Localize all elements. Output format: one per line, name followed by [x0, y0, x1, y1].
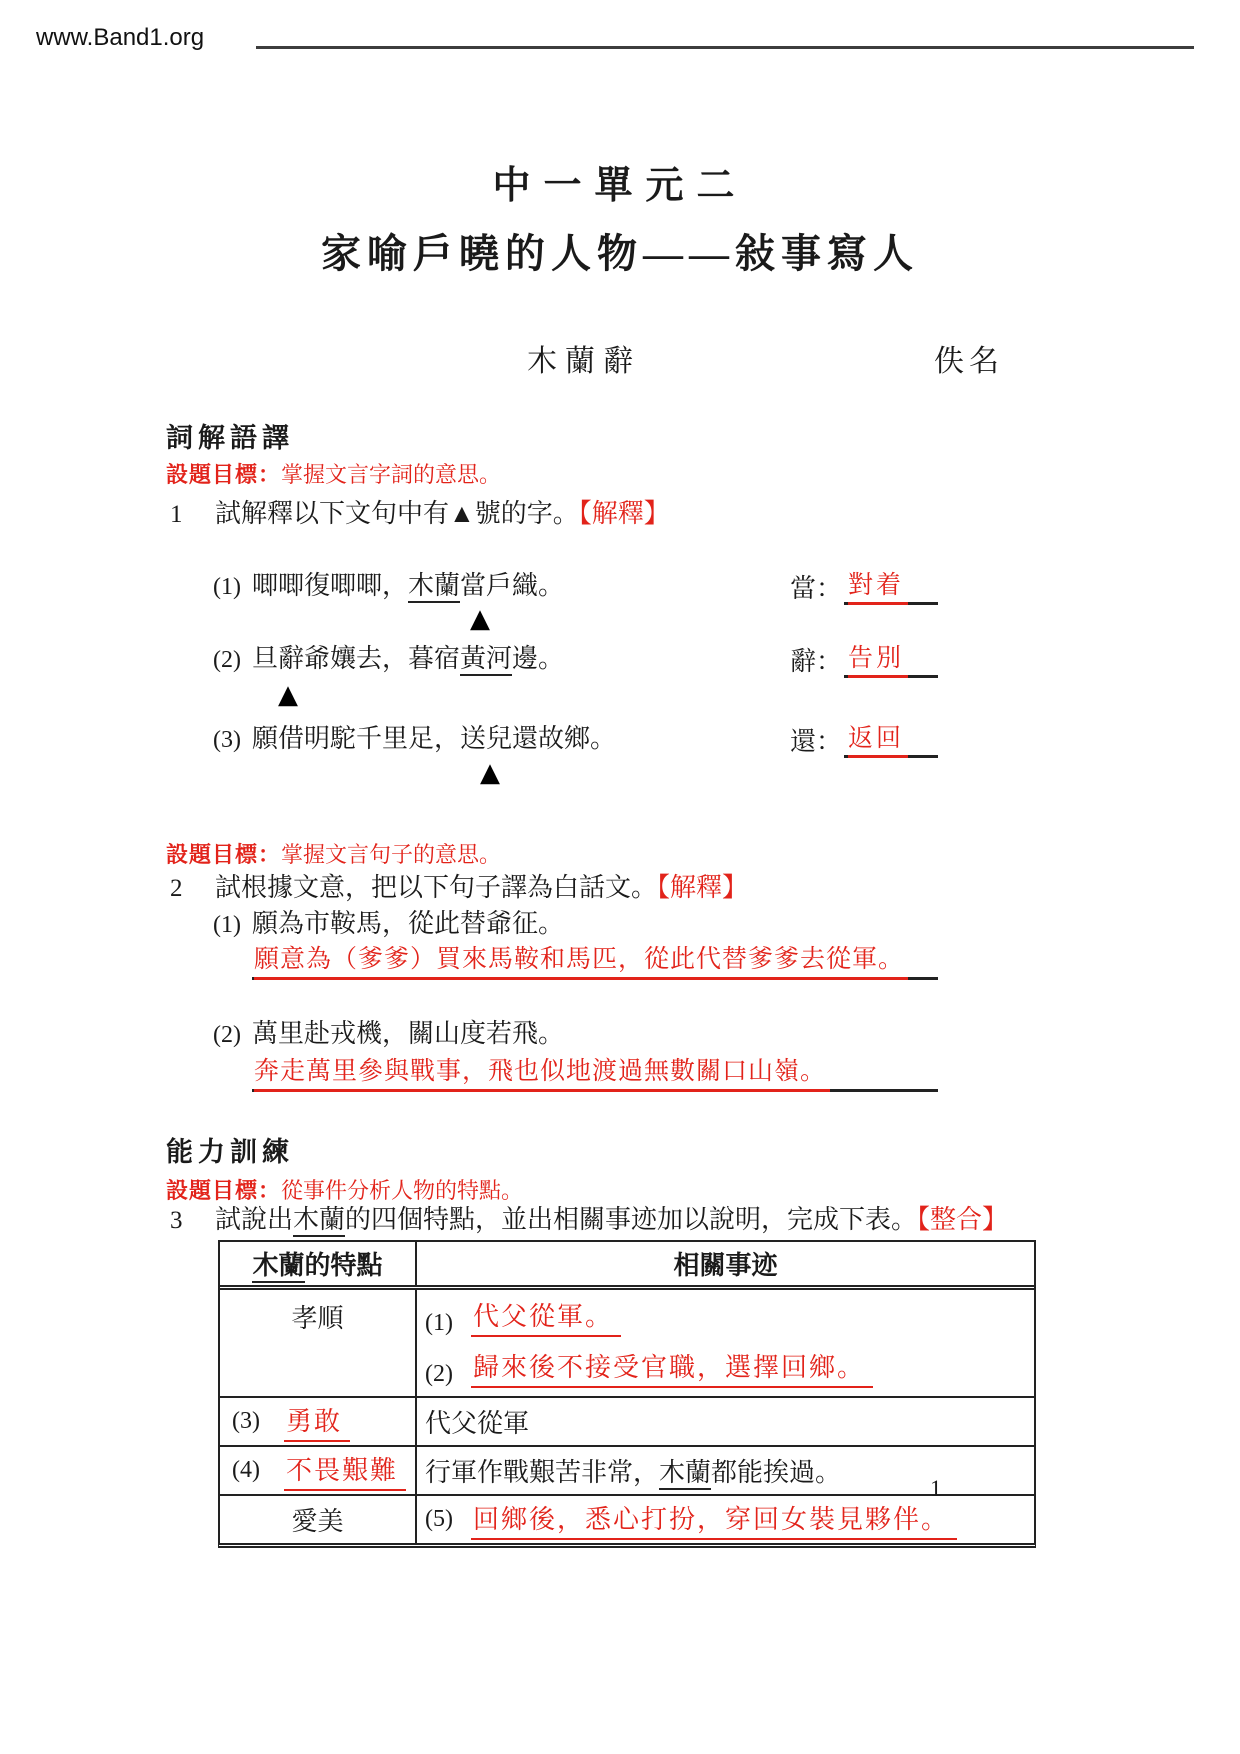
- answer-text: 返回: [848, 718, 908, 758]
- underlined-word: 木蘭: [408, 571, 460, 603]
- goal-label: 設題目標：: [166, 842, 281, 867]
- item-number: (1): [213, 572, 252, 602]
- events-cell: (1)代父從軍。 (2)歸來後不接受官職，選擇回鄉。: [417, 1290, 1034, 1396]
- answer-text: 代父從軍。: [471, 1296, 621, 1337]
- term-label: 還：: [790, 721, 842, 758]
- header-cell-events: 相關事迹: [417, 1242, 1034, 1285]
- underlined-word: 木蘭: [659, 1458, 711, 1490]
- q1-term-1: 當：對着: [790, 568, 938, 605]
- item-sentence: 旦辭爺孃去，暮宿黃河邊。: [252, 644, 564, 676]
- item-sentence: 願借明駝千里足，送兒還故鄉。: [252, 724, 616, 753]
- answer-text: 不畏艱難: [284, 1450, 406, 1491]
- trait-cell: (4)不畏艱難: [220, 1447, 417, 1494]
- trait-cell: 愛美: [220, 1496, 417, 1543]
- goal-text: 掌握文言字詞的意思。: [281, 462, 501, 487]
- question-number: 3: [170, 1205, 215, 1236]
- goal-label: 設題目標：: [166, 1178, 281, 1203]
- event-number: (2): [425, 1361, 471, 1388]
- answer-blank: 返回: [844, 722, 938, 758]
- table-row: (4)不畏艱難 行軍作戰艱苦非常，木蘭都能挨過。: [220, 1445, 1034, 1494]
- table-row: 孝順 (1)代父從軍。 (2)歸來後不接受官職，選擇回鄉。: [220, 1290, 1034, 1396]
- answer-text: 願意為（爹爹）買來馬鞍和馬匹，從此代替爹爹去從軍。: [254, 939, 908, 980]
- q1-term-2: 辭：告別: [790, 641, 938, 678]
- worksheet-page: www.Band1.org 中一單元二 家喻戶曉的人物——敍事寫人 木蘭辭 佚名…: [0, 0, 1240, 1754]
- events-cell: (5)回鄉後，悉心打扮，穿回女裝見夥伴。: [417, 1496, 1034, 1543]
- answer-text: 勇敢: [284, 1401, 350, 1442]
- underlined-word: 木蘭: [252, 1251, 304, 1283]
- table-header-row: 木蘭的特點 相關事迹: [220, 1242, 1034, 1290]
- theme-title: 家喻戶曉的人物——敍事寫人: [0, 222, 1240, 279]
- answer-text: 告別: [848, 638, 908, 678]
- item-number: (1): [213, 910, 252, 940]
- question-tag: 【解釋】: [579, 499, 670, 528]
- item-sentence: 萬里赴戎機，關山度若飛。: [252, 1019, 564, 1048]
- question-number: 2: [170, 873, 215, 904]
- event-number: (5): [425, 1506, 471, 1533]
- underlined-word: 木蘭: [293, 1205, 345, 1237]
- item-number: (2): [213, 1020, 252, 1050]
- site-url: www.Band1.org: [36, 24, 204, 52]
- goal-text: 從事件分析人物的特點。: [281, 1178, 523, 1203]
- question-2: 2試根據文意，把以下句子譯為白話文。【解釋】: [170, 872, 748, 905]
- item-number: (3): [213, 725, 252, 755]
- section-heading-skills: 能力訓練: [166, 1130, 294, 1169]
- event-number: (1): [425, 1310, 471, 1337]
- events-cell: 代父從軍: [417, 1398, 1034, 1445]
- event-line: (1)代父從軍。: [425, 1296, 1026, 1337]
- trait-number: (4): [232, 1457, 284, 1484]
- q2-item-1: (1)願為市鞍馬，從此替爺征。: [213, 908, 564, 941]
- goal-text: 掌握文言句子的意思。: [281, 842, 501, 867]
- header-cell-trait: 木蘭的特點: [220, 1242, 417, 1285]
- table-row: (3)勇敢 代父從軍: [220, 1396, 1034, 1445]
- q1-item-2: (2)旦辭爺孃去，暮宿黃河邊。: [213, 643, 564, 676]
- item-number: (2): [213, 645, 252, 675]
- question-1: 1試解釋以下文句中有▲號的字。【解釋】: [170, 498, 670, 531]
- q1-item-1: (1)唧唧復唧唧，木蘭當戶織。: [213, 570, 564, 603]
- question-text: 試解釋以下文句中有▲號的字。: [215, 499, 579, 528]
- question-number: 1: [170, 499, 215, 530]
- work-title: 木蘭辭: [527, 336, 641, 380]
- question-text: 試根據文意，把以下句子譯為白話文。: [215, 873, 657, 902]
- question-text: 試說出木蘭的四個特點，並出相關事迹加以說明，完成下表。: [215, 1205, 917, 1237]
- marker-triangle-1: ▲: [470, 606, 490, 632]
- goal-label: 設題目標：: [166, 462, 281, 487]
- underlined-word: 黃河: [460, 644, 512, 676]
- q1-item-3: (3)願借明駝千里足，送兒還故鄉。: [213, 723, 616, 756]
- marker-triangle-3: ▲: [480, 760, 500, 786]
- answer-text: 歸來後不接受官職，選擇回鄉。: [471, 1347, 873, 1388]
- question-tag: 【整合】: [917, 1205, 1008, 1234]
- page-number: 1: [930, 1476, 942, 1502]
- q2-item-2: (2)萬里赴戎機，關山度若飛。: [213, 1018, 564, 1051]
- answer-text: 回鄉後，悉心打扮，穿回女裝見夥伴。: [471, 1499, 957, 1540]
- question-tag: 【解釋】: [657, 873, 748, 902]
- author-name: 佚名: [934, 336, 1004, 380]
- event-line: (2)歸來後不接受官職，選擇回鄉。: [425, 1347, 1026, 1388]
- trait-cell: (3)勇敢: [220, 1398, 417, 1445]
- header-rule: [256, 46, 1194, 49]
- unit-title: 中一單元二: [0, 154, 1240, 209]
- table-row: 愛美 (5)回鄉後，悉心打扮，穿回女裝見夥伴。: [220, 1494, 1034, 1543]
- item-sentence: 唧唧復唧唧，木蘭當戶織。: [252, 571, 564, 603]
- q1-term-3: 還：返回: [790, 721, 938, 758]
- q2-answer-line-1: 願意為（爹爹）買來馬鞍和馬匹，從此代替爹爹去從軍。: [252, 942, 938, 980]
- item-sentence: 願為市鞍馬，從此替爺征。: [252, 909, 564, 938]
- goal-line-1: 設題目標：掌握文言字詞的意思。: [166, 458, 501, 489]
- trait-cell: 孝順: [220, 1290, 417, 1396]
- term-label: 辭：: [790, 641, 842, 678]
- question-3: 3試說出木蘭的四個特點，並出相關事迹加以說明，完成下表。【整合】: [170, 1204, 1008, 1237]
- goal-line-2: 設題目標：掌握文言句子的意思。: [166, 838, 501, 869]
- answer-text: 奔走萬里參與戰事，飛也似地渡過無數關口山嶺。: [254, 1051, 830, 1092]
- answer-blank: 對着: [844, 569, 938, 605]
- trait-number: (3): [232, 1408, 284, 1435]
- term-label: 當：: [790, 568, 842, 605]
- traits-table: 木蘭的特點 相關事迹 孝順 (1)代父從軍。 (2)歸來後不接受官職，選擇回鄉。…: [218, 1240, 1036, 1548]
- goal-line-3: 設題目標：從事件分析人物的特點。: [166, 1174, 523, 1205]
- answer-text: 對着: [848, 565, 908, 605]
- marker-triangle-2: ▲: [278, 682, 298, 708]
- q2-answer-line-2: 奔走萬里參與戰事，飛也似地渡過無數關口山嶺。: [252, 1054, 938, 1092]
- answer-blank: 告別: [844, 642, 938, 678]
- section-heading-vocab: 詞解語譯: [166, 416, 294, 455]
